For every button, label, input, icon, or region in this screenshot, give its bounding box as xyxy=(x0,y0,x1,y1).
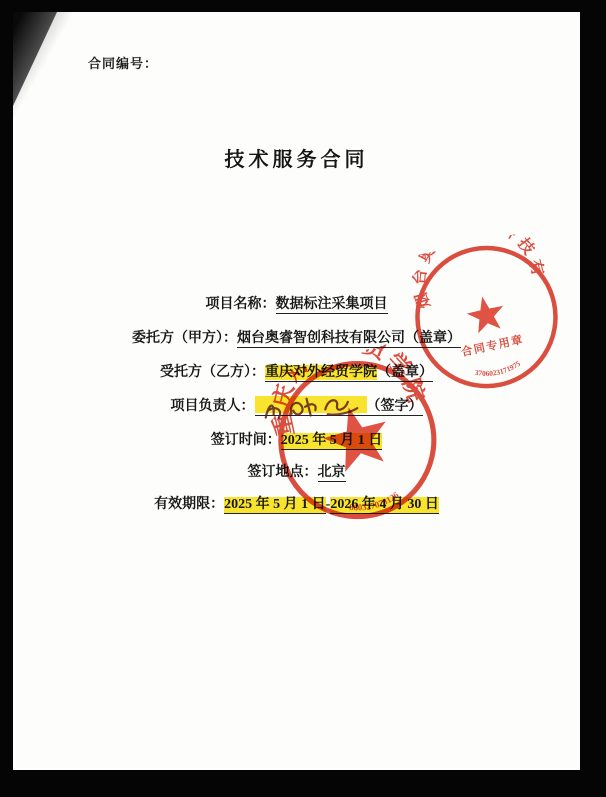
contract-number-label: 合同编号： xyxy=(88,53,158,72)
project-name-label: 项目名称： xyxy=(206,297,276,312)
document-title: 技术服务合同 xyxy=(13,143,580,172)
party-b-label: 受托方（乙方）： xyxy=(160,365,265,380)
project-name-value: 数据标注采集项目 xyxy=(276,297,388,314)
company-seal-ring-text: 烟台奥睿智创科技有限公司 xyxy=(398,228,551,315)
company-seal-caption: 合同专用章 xyxy=(460,332,525,359)
contract-page: 合同编号： 技术服务合同 项目名称：数据标注采集项目 委托方（甲方）：烟台奥睿智… xyxy=(13,12,580,770)
leader-label: 项目负责人： xyxy=(171,399,255,414)
college-seal-star xyxy=(317,399,395,475)
validity-label: 有效期限： xyxy=(154,497,224,512)
college-seal-ring-text: 重庆对外经贸学院 xyxy=(253,336,429,440)
svg-text:烟台奥睿智创科技有限公司: 烟台奥睿智创科技有限公司 xyxy=(398,228,551,315)
party-a-label: 委托方（甲方）： xyxy=(132,331,237,346)
svg-text:重庆对外经贸学院: 重庆对外经贸学院 xyxy=(253,336,429,440)
company-seal-star xyxy=(464,293,508,335)
